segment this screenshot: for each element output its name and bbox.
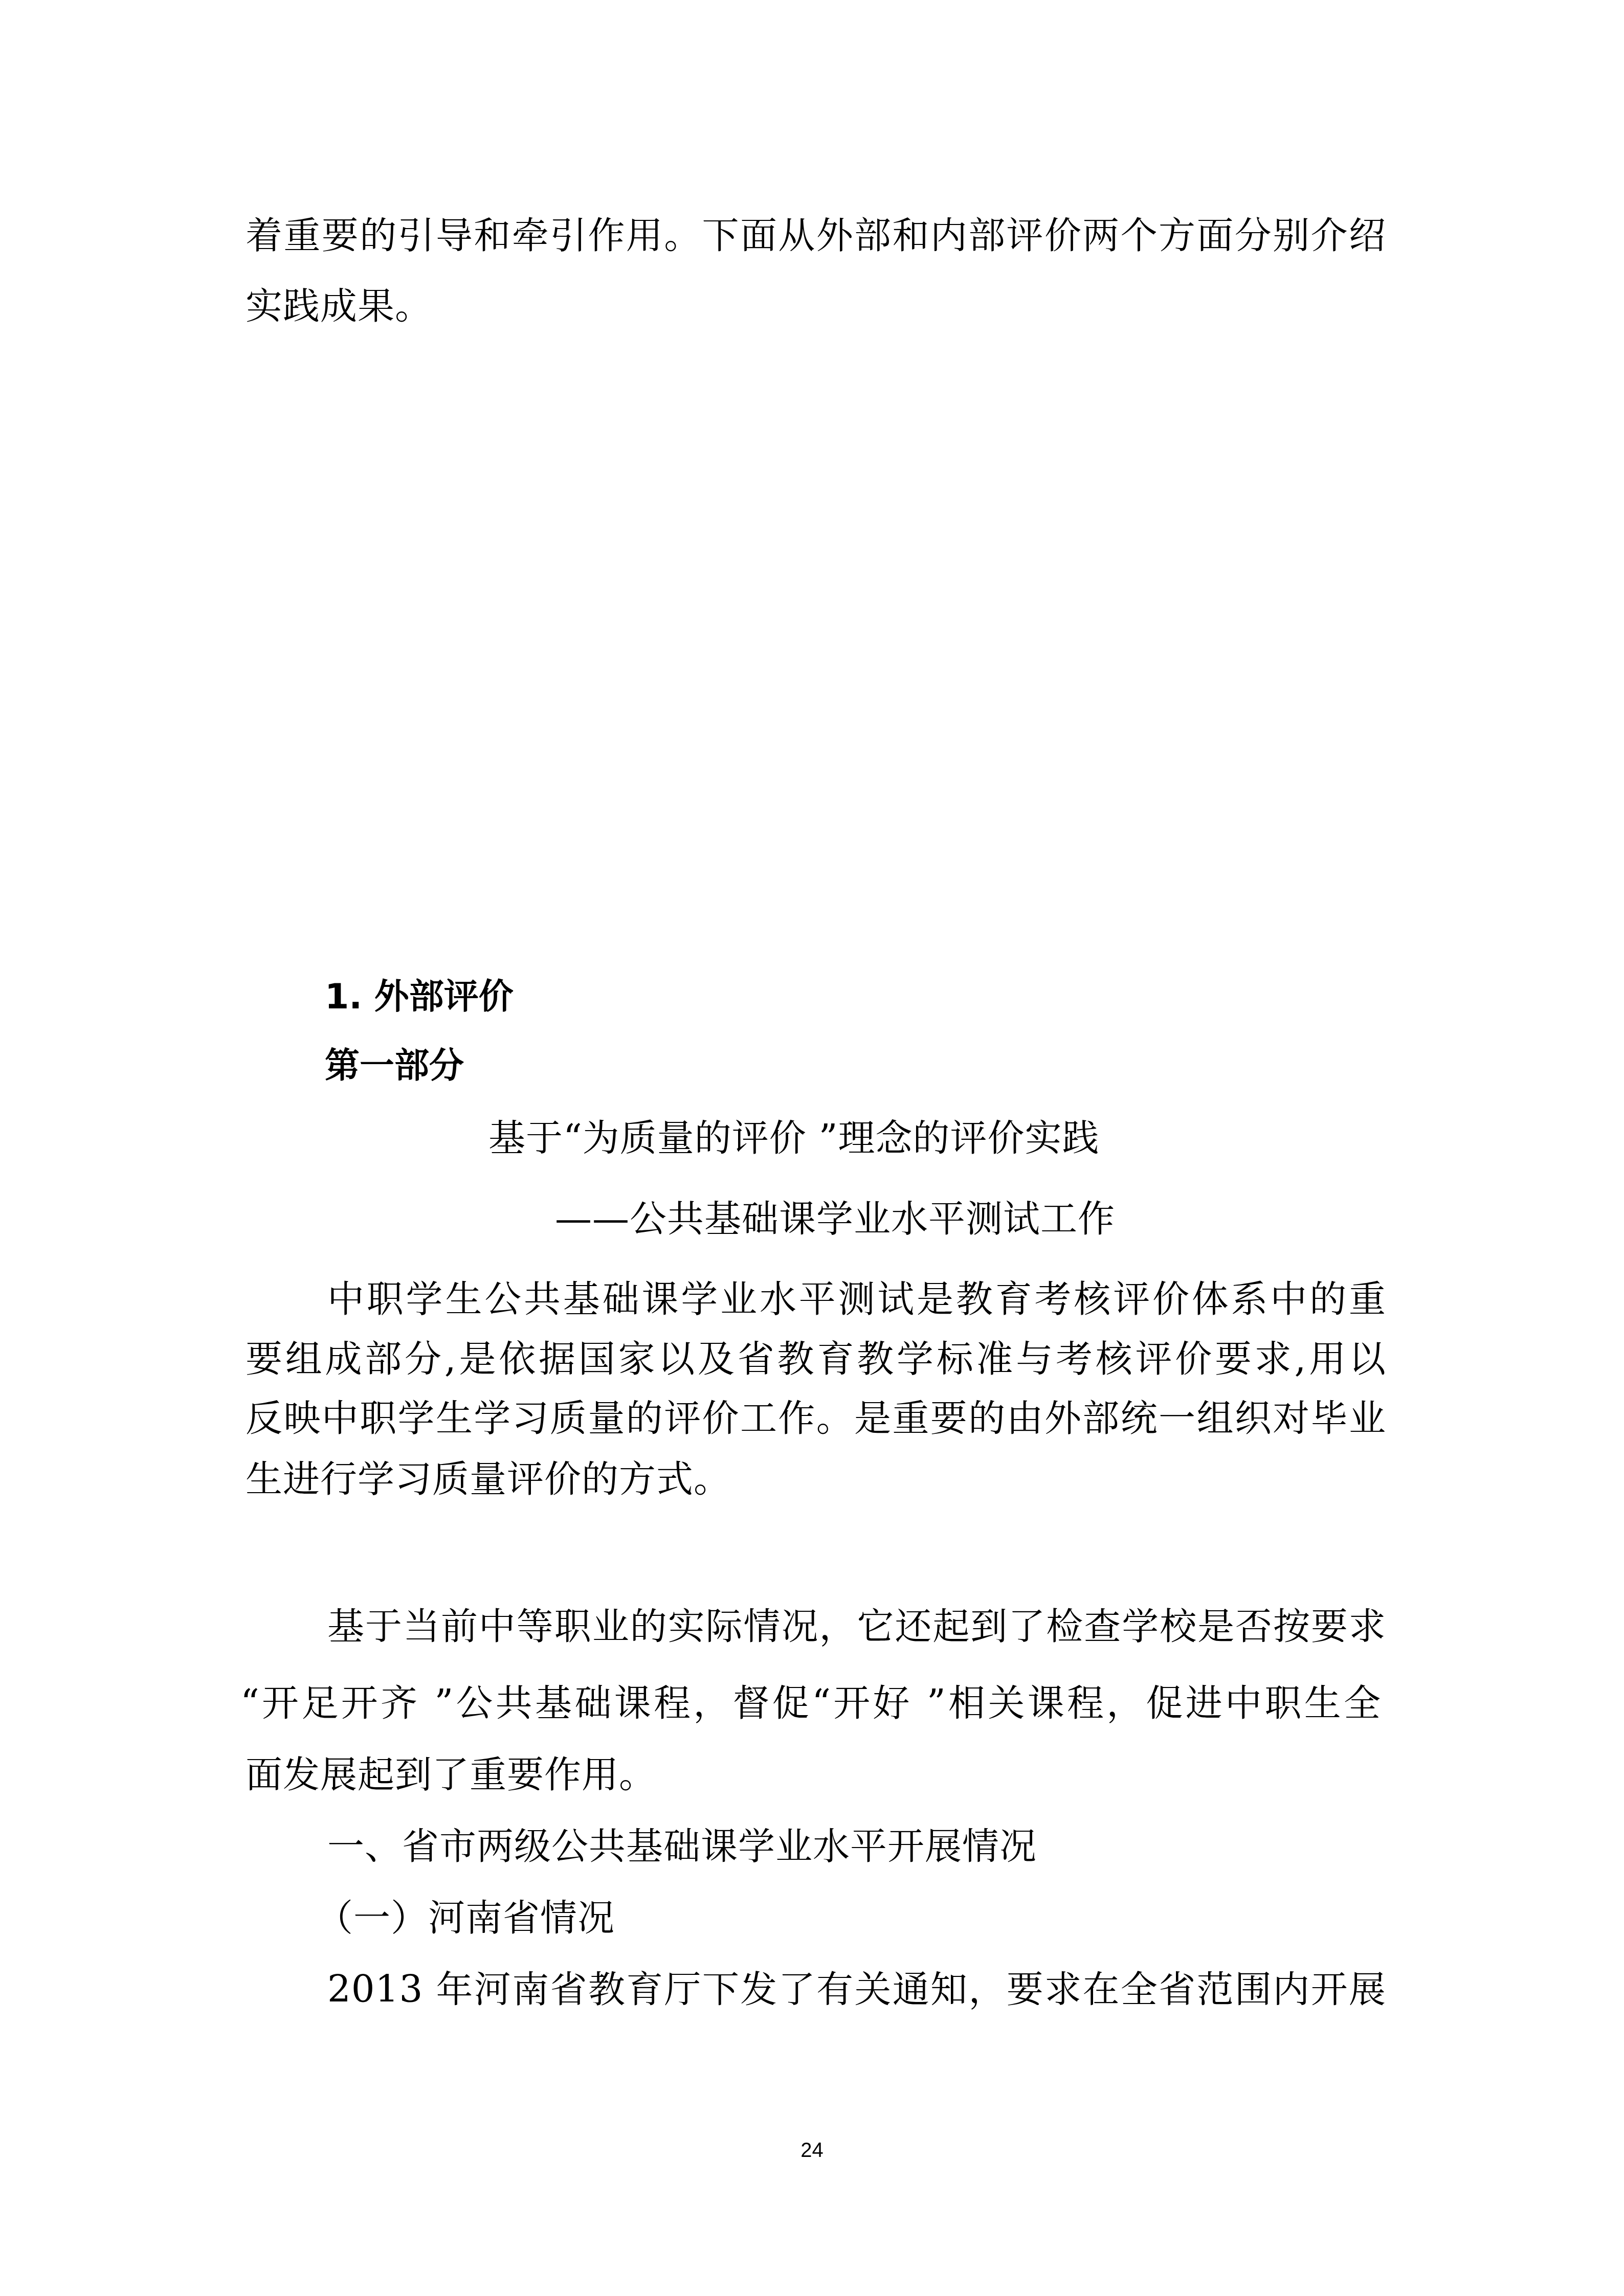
page-number: 24 (0, 2137, 1624, 2163)
paragraph2-line-2: “开足开齐 ”公共基础课程，督促“开好 ”相关课程，促进中职生全 (240, 1680, 1381, 1726)
paragraph2-line-3: 面发展起到了重要作用。 (246, 1751, 656, 1797)
document-page: 着重要的引导和牵引作用。下面从外部和内部评价两个方面分别介绍 实践成果。 1. … (0, 0, 1624, 2296)
intro-line-1: 着重要的引导和牵引作用。下面从外部和内部评价两个方面分别介绍 (246, 212, 1386, 258)
part-heading: 第一部分 (325, 1043, 464, 1089)
subsection-heading: 一、省市两级公共基础课学业水平开展情况 (327, 1823, 1037, 1869)
paragraph1-line-3: 反映中职学生学习质量的评价工作。是重要的由外部统一组织对毕业 (246, 1395, 1386, 1441)
paragraph1-line-2: 要组成部分,是依据国家以及省教育教学标准与考核评价要求,用以 (246, 1336, 1386, 1382)
section-heading: 1. 外部评价 (325, 974, 514, 1020)
section-title: 基于“为质量的评价 ”理念的评价实践 (488, 1115, 1100, 1161)
intro-line-2: 实践成果。 (246, 283, 432, 329)
paragraph1-line-4: 生进行学习质量评价的方式。 (246, 1456, 731, 1502)
section-subtitle: ——公共基础课学业水平测试工作 (555, 1196, 1115, 1242)
paragraph1-line-1: 中职学生公共基础课学业水平测试是教育考核评价体系中的重 (327, 1276, 1386, 1322)
subsection-subheading: （一）河南省情况 (316, 1895, 615, 1941)
paragraph2-line-1: 基于当前中等职业的实际情况，它还起到了检查学校是否按要求 (327, 1603, 1386, 1649)
subsection-first-line: 2013 年河南省教育厅下发了有关通知，要求在全省范围内开展 (327, 1966, 1386, 2012)
